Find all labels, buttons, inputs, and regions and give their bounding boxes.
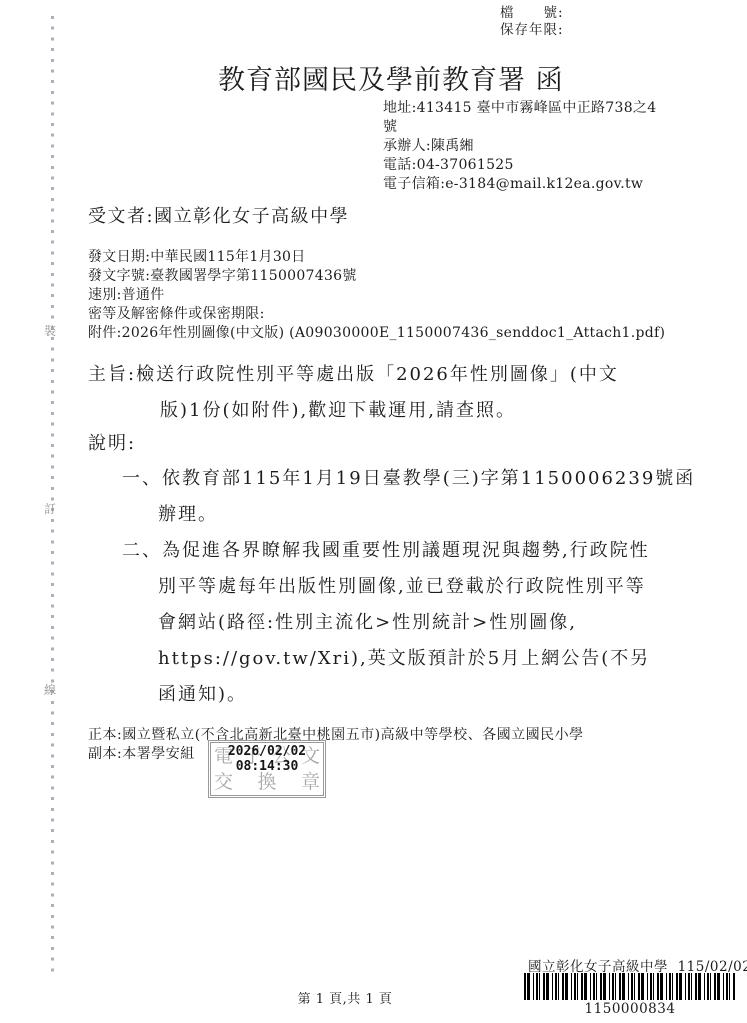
barcode-number: 1150000834 xyxy=(524,1001,736,1017)
stamp-time: 08:14:30 xyxy=(211,760,323,775)
agency-contact-person: 承辦人:陳禹緗 xyxy=(383,137,474,156)
retention-period-label: 保存年限: xyxy=(500,22,564,39)
doc-number-line: 發文字號:臺教國署學字第1150007436號 xyxy=(88,267,357,286)
document-title: 教育部國民及學前教育署 函 xyxy=(218,58,564,97)
stamp-datetime: 2026/02/02 08:14:30 xyxy=(211,745,323,774)
explanation-item2-line1: 二、為促進各界瞭解我國重要性別議題現況與趨勢,行政院性 xyxy=(122,536,650,562)
binding-label-zhuang: 裝 xyxy=(44,322,56,339)
binding-dotted-line xyxy=(51,16,54,976)
carbon-copy-line: 副本:本署學安組 xyxy=(88,743,195,763)
subject-line-2: 版)1份(如附件),歡迎下載運用,請查照。 xyxy=(160,396,516,422)
agency-email: 電子信箱:e-3184@mail.k12ea.gov.tw xyxy=(383,175,643,194)
agency-address-line2: 號 xyxy=(383,118,397,137)
agency-address-line1: 地址:413415 臺中市霧峰區中正路738之4 xyxy=(383,99,656,118)
page-number-info: 第 1 頁,共 1 頁 xyxy=(145,988,545,1007)
agency-phone: 電話:04-37061525 xyxy=(383,156,514,175)
speed-line: 速別:普通件 xyxy=(88,286,165,305)
binding-label-ding: 訂 xyxy=(44,500,56,517)
binding-label-xian: 線 xyxy=(44,681,56,698)
stamp-date: 2026/02/02 xyxy=(211,745,323,760)
file-number-label: 檔 號: xyxy=(500,5,564,22)
electronic-exchange-stamp: 電 子 公 文 交 換 章 2026/02/02 08:14:30 xyxy=(208,740,326,798)
explanation-item2-line2: 別平等處每年出版性別圖像,並已登載於行政院性別平等 xyxy=(158,572,646,598)
explanation-item2-line5: 函通知)。 xyxy=(158,680,247,706)
security-line: 密等及解密條件或保密期限: xyxy=(88,305,265,324)
explanation-item2-line4: https://gov.tw/Xri),英文版預計於5月上網公告(不另 xyxy=(158,644,650,670)
barcode xyxy=(524,973,736,1000)
explanation-item2-line3: 會網站(路徑:性別主流化>性別統計>性別圖像, xyxy=(158,608,577,634)
explanation-item1-line1: 一、依教育部115年1月19日臺教學(三)字第1150006239號函 xyxy=(122,464,695,490)
issue-date-line: 發文日期:中華民國115年1月30日 xyxy=(88,248,306,267)
original-copy-line: 正本:國立暨私立(不含北高新北臺中桃園五市)高級中等學校、各國立國民小學 xyxy=(88,724,584,744)
attachment-line: 附件:2026年性別圖像(中文版) (A09030000E_1150007436… xyxy=(88,324,665,343)
subject-line-1: 主旨:檢送行政院性別平等處出版「2026年性別圖像」(中文 xyxy=(88,360,619,386)
footer-school-date: 國立彰化女子高級中學 115/02/02 xyxy=(528,955,747,975)
explanation-item1-line2: 辦理。 xyxy=(158,500,218,526)
explanation-label: 說明: xyxy=(88,429,136,455)
official-document-page: 裝 訂 線 檔 號: 保存年限: 教育部國民及學前教育署 函 地址:413415… xyxy=(0,0,747,1023)
recipient-line: 受文者:國立彰化女子高級中學 xyxy=(88,202,349,228)
